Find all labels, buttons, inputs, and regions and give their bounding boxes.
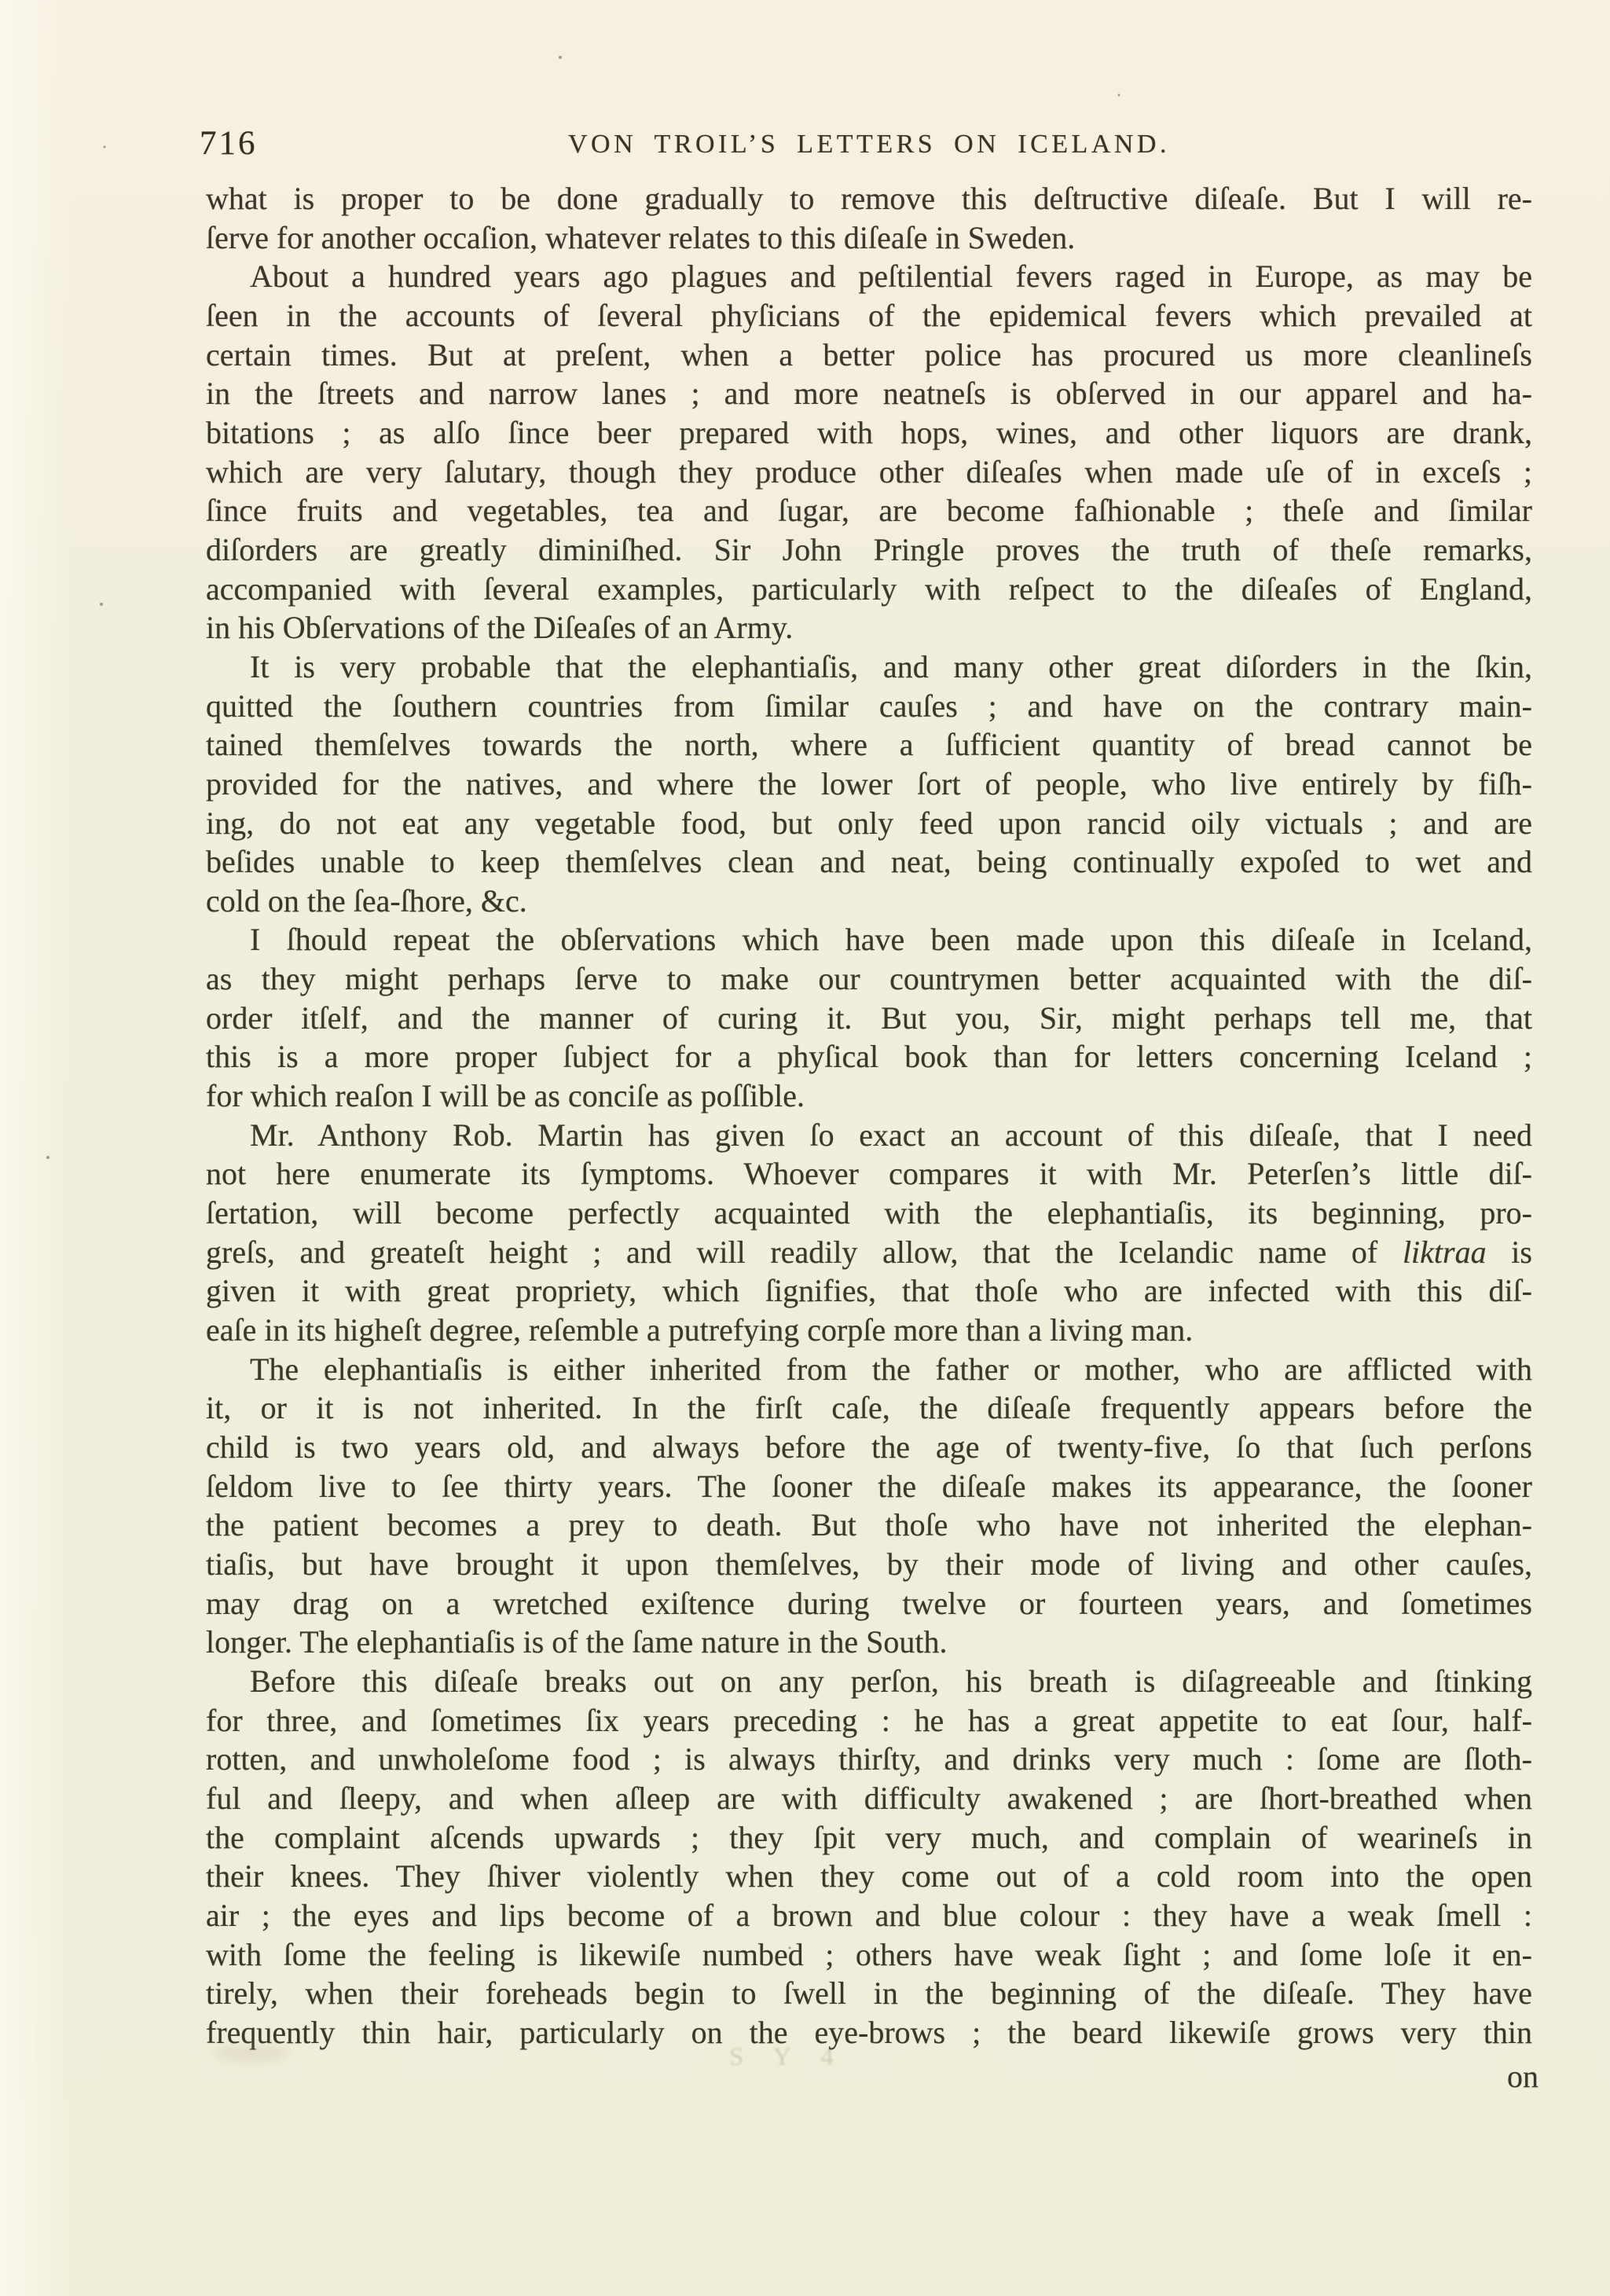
text-line: tained themſelves towards the north, whe… [206,725,1532,765]
text-line: It is very probable that the elephantiaſ… [206,647,1532,687]
paper-specks [0,0,2,2]
text-line: diſorders are greatly diminiſhed. Sir Jo… [206,530,1532,570]
text-line: their knees. They ſhiver violently when … [206,1857,1532,1896]
text-line: given it with great propriety, which ſig… [206,1271,1532,1311]
text-line: which are very ſalutary, though they pro… [206,453,1532,492]
text-line: for which reaſon I will be as conciſe as… [206,1076,1532,1116]
italic-term: liktraa [1403,1234,1487,1270]
book-page: 716 VON TROIL’S LETTERS ON ICELAND. what… [0,0,1610,2296]
text-line: The elephantiaſis is either inherited fr… [206,1350,1532,1389]
text-line: tiaſis, but have brought it upon themſel… [206,1545,1532,1584]
text-line: beſides unable to keep themſelves clean … [206,842,1532,882]
text-line: as they might perhaps ſerve to make our … [206,959,1532,999]
text-line: may drag on a wretched exiſtence during … [206,1584,1532,1623]
text-line: air ; the eyes and lips become of a brow… [206,1896,1532,1935]
text-block: what is proper to be done gradually to r… [206,179,1532,2096]
text-line: ſertation, will become perfectly acquain… [206,1194,1532,1233]
show-through-mark: S Y 4 [729,2043,845,2072]
text-line: bitations ; as alſo ſince beer prepared … [206,413,1532,453]
page-header: 716 VON TROIL’S LETTERS ON ICELAND. [206,124,1532,165]
running-title: VON TROIL’S LETTERS ON ICELAND. [206,130,1532,160]
text-line: longer. The elephantiaſis is of the ſame… [206,1623,1532,1662]
text-line: for three, and ſometimes ſix years prece… [206,1701,1532,1740]
paragraph: what is proper to be done gradually to r… [206,179,1532,257]
text-line: ſerve for another occaſion, whatever rel… [206,218,1532,258]
text-line: what is proper to be done gradually to r… [206,179,1532,218]
text-line: eaſe in its higheſt degree, reſemble a p… [206,1311,1532,1350]
text-line: this is a more proper ſubject for a phyſ… [206,1037,1532,1076]
text-line: with ſome the feeling is likewiſe numbed… [206,1935,1532,1975]
text-line: in the ſtreets and narrow lanes ; and mo… [206,374,1532,413]
text-line: it, or it is not inherited. In the firſt… [206,1388,1532,1428]
text-line: Before this diſeaſe breaks out on any pe… [206,1662,1532,1701]
text-line: Mr. Anthony Rob. Martin has given ſo exa… [206,1116,1532,1155]
ink-smudge [214,2045,289,2062]
paragraph: Before this diſeaſe breaks out on any pe… [206,1662,1532,2052]
catchword: on [1507,2059,1538,2094]
text-line: certain times. But at preſent, when a be… [206,336,1532,375]
text-line: the patient becomes a prey to death. But… [206,1506,1532,1545]
text-line: frequently thin hair, particularly on th… [206,2013,1532,2052]
paragraph: It is very probable that the elephantiaſ… [206,647,1532,921]
text-line: tirely, when their foreheads begin to ſw… [206,1974,1532,2013]
paragraph: Mr. Anthony Rob. Martin has given ſo exa… [206,1116,1532,1350]
text-line: greſs, and greateſt height ; and will re… [206,1233,1532,1272]
text-line: ſeen in the accounts of ſeveral phyſicia… [206,296,1532,336]
text-line: child is two years old, and always befor… [206,1428,1532,1467]
text-line: ful and ſleepy, and when aſleep are with… [206,1779,1532,1818]
text-line: quitted the ſouthern countries from ſimi… [206,687,1532,726]
paragraph: About a hundred years ago plagues and pe… [206,257,1532,647]
text-line: I ſhould repeat the obſervations which h… [206,920,1532,959]
text-line: ing, do not eat any vegetable food, but … [206,804,1532,843]
text-line: cold on the ſea-ſhore, &c. [206,882,1532,921]
text-line: rotten, and unwholeſome food ; is always… [206,1740,1532,1779]
text-line: ſeldom live to ſee thirty years. The ſoo… [206,1467,1532,1506]
paragraph: I ſhould repeat the obſervations which h… [206,920,1532,1115]
text-line: provided for the natives, and where the … [206,765,1532,804]
catchword-row: on [206,2057,1538,2096]
paragraph: The elephantiaſis is either inherited fr… [206,1350,1532,1662]
text-line: ſince fruits and vegetables, tea and ſug… [206,491,1532,530]
text-line: in his Obſervations of the Diſeaſes of a… [206,608,1532,647]
text-line: accompanied with ſeveral examples, parti… [206,570,1532,609]
text-line: order itſelf, and the manner of curing i… [206,999,1532,1038]
text-line: the complaint aſcends upwards ; they ſpi… [206,1818,1532,1858]
text-line: not here enumerate its ſymptoms. Whoever… [206,1154,1532,1194]
text-line: About a hundred years ago plagues and pe… [206,257,1532,296]
